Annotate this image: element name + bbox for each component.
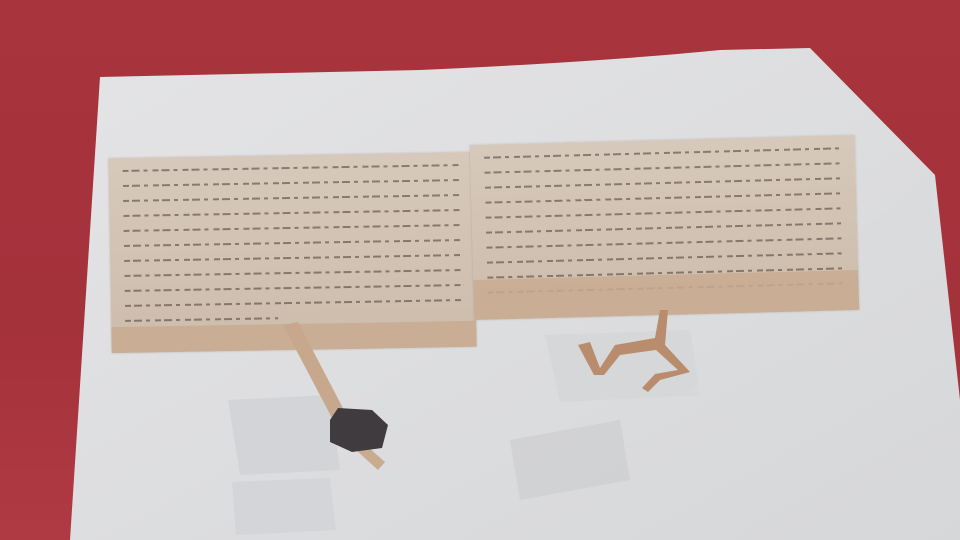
left-seal-tag: [283, 322, 345, 418]
wax-seal-icon: [330, 408, 388, 452]
parchment-tag-icon: [578, 310, 690, 392]
seal-tags: [0, 0, 960, 540]
